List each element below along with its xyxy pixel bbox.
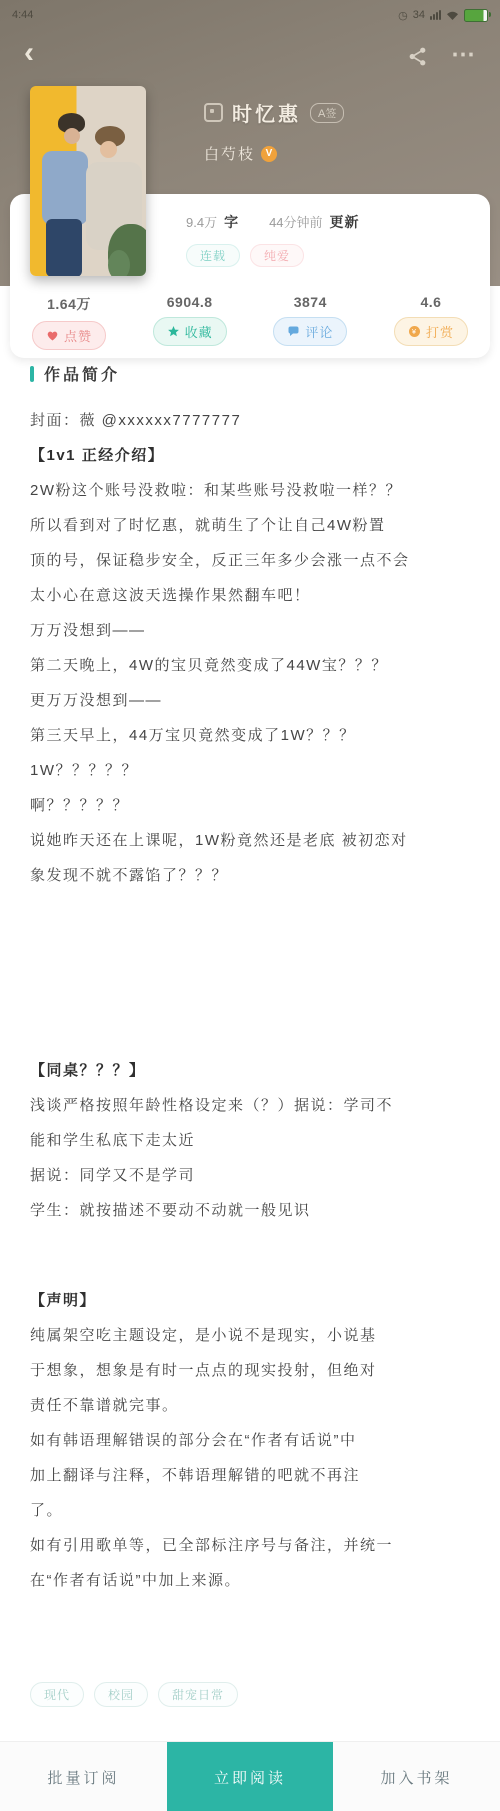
word-count-value: 9.4万 [186,212,217,231]
stats-row: 1.64万点赞6904.8收藏3874评论4.6¥打赏 [10,294,490,350]
contract-badge: A签 [310,103,344,123]
intro-line: 了。 [30,1493,474,1528]
updated-label: 更新 [330,212,360,232]
intro-line: 所以看到对了时忆惠，就萌生了个让自己4W粉置 [30,508,474,543]
tag-pill[interactable]: 现代 [30,1682,84,1707]
paragraph-gap [30,1228,474,1283]
signal-icon [430,10,441,20]
intro-text: 封面：薇 @xxxxxx7777777【1v1 正经介绍】2W粉这个账号没救啦：… [30,403,474,1598]
intro-line: 【1v1 正经介绍】 [30,438,474,473]
tag-pill[interactable]: 甜宠日常 [158,1682,238,1707]
intro-line: 能和学生私底下走太近 [30,1123,474,1158]
tag-list: 现代校园甜宠日常 [30,1682,238,1707]
stat-value: 4.6 [420,294,441,310]
stat-label: 收藏 [185,322,213,341]
评论-button[interactable]: 评论 [273,317,347,346]
batch-subscribe-button[interactable]: 批量订阅 [0,1742,167,1811]
star-icon [167,325,180,338]
status-tags: 连载 纯爱 [186,244,304,267]
intro-line: 如有韩语理解错误的部分会在“作者有话说”中 [30,1423,474,1458]
intro-line: 说她昨天还在上课呢，1W粉竟然还是老底 被初恋对 [30,823,474,858]
title-marker-icon [204,103,223,122]
book-title: 时忆惠 [232,98,301,127]
svg-text:¥: ¥ [412,327,417,336]
intro-line: 【声明】 [30,1283,474,1318]
stat-label: 评论 [305,322,333,341]
read-now-button[interactable]: 立即阅读 [167,1742,333,1811]
stat-点赞: 1.64万点赞 [32,294,106,350]
intro-line: 太小心在意这波天选操作果然翻车吧！ [30,578,474,613]
stat-value: 6904.8 [167,294,213,310]
intro-line: 封面：薇 @xxxxxx7777777 [30,403,474,438]
coin-icon: ¥ [408,325,421,338]
intro-line: 纯属架空吃主题设定，是小说不是现实，小说基 [30,1318,474,1353]
net-speed: 34 [413,9,425,21]
heart-icon [46,329,59,342]
nav-bar: ‹ ⋯ [0,40,500,76]
intro-line: 【同桌？？？】 [30,1053,474,1088]
back-button[interactable]: ‹ [24,36,34,70]
tag-pill[interactable]: 校园 [94,1682,148,1707]
intro-line: 于想象，想象是有时一点点的现实投射，但绝对 [30,1353,474,1388]
share-icon [407,46,428,67]
stat-评论: 3874评论 [273,294,347,350]
book-detail-screen: 4:44 ◷ 34 ‹ ⋯ [0,0,500,1811]
intro-line: 啊？？？？？ [30,788,474,823]
intro-line: 加上翻译与注释，不韩语理解错的吧就不再注 [30,1458,474,1493]
wifi-icon [446,10,459,21]
intro-line: 第二天晚上，4W的宝贝竟然变成了44W宝？？？ [30,648,474,683]
点赞-button[interactable]: 点赞 [32,321,106,350]
intro-line: 2W粉这个账号没救啦：和某些账号没救啦一样？？ [30,473,474,508]
comment-icon [287,325,300,338]
打赏-button[interactable]: ¥打赏 [394,317,468,346]
meta-row: 9.4万 字 44分钟前 更新 [186,212,360,232]
bottom-action-bar: 批量订阅 立即阅读 加入书架 [0,1741,500,1811]
stat-value: 1.64万 [47,294,91,314]
alarm-icon: ◷ [398,9,408,22]
intro-line: 万万没想到—— [30,613,474,648]
intro-line: 浅谈严格按照年龄性格设定来（？）据说：学司不 [30,1088,474,1123]
status-time: 4:44 [12,9,33,21]
intro-line: 如有引用歌单等，已全部标注序号与备注，并统一 [30,1528,474,1563]
stat-value: 3874 [294,294,327,310]
section-title: 作品简介 [44,362,120,385]
intro-line: 责任不靠谱就完事。 [30,1388,474,1423]
add-to-shelf-button[interactable]: 加入书架 [333,1742,500,1811]
intro-section: 作品简介 封面：薇 @xxxxxx7777777【1v1 正经介绍】2W粉这个账… [30,362,474,1598]
battery-icon [464,9,488,22]
share-button[interactable] [407,46,428,72]
genre-tag[interactable]: 纯爱 [250,244,304,267]
intro-line: 第三天早上，44万宝贝竟然变成了1W？？？ [30,718,474,753]
status-tag[interactable]: 连载 [186,244,240,267]
paragraph-gap [30,893,474,1053]
word-count-label: 字 [224,212,239,232]
intro-line: 据说：同学又不是学司 [30,1158,474,1193]
book-cover[interactable] [30,86,146,276]
stat-打赏: 4.6¥打赏 [394,294,468,350]
section-accent-bar [30,366,34,382]
收藏-button[interactable]: 收藏 [153,317,227,346]
author-name[interactable]: 白芍枝 [204,143,255,164]
stat-收藏: 6904.8收藏 [153,294,227,350]
intro-line: 象发现不就不露馅了？？？ [30,858,474,893]
intro-line: 1W？？？？？ [30,753,474,788]
status-icons: ◷ 34 [398,9,488,22]
stat-label: 打赏 [426,322,454,341]
intro-line: 在“作者有话说”中加上来源。 [30,1563,474,1598]
intro-line: 学生：就按描述不要动不动就一般见识 [30,1193,474,1228]
section-header: 作品简介 [30,362,474,385]
verified-icon: V [261,146,277,162]
stat-label: 点赞 [64,326,92,345]
title-row: 时忆惠 A签 [204,98,344,127]
status-bar: 4:44 ◷ 34 [0,4,500,26]
intro-line: 更万万没想到—— [30,683,474,718]
updated-value: 44分钟前 [269,212,322,231]
intro-line: 顶的号，保证稳步安全，反正三年多少会涨一点不会 [30,543,474,578]
author-row[interactable]: 白芍枝 V [204,143,277,164]
more-button[interactable]: ⋯ [451,40,476,69]
